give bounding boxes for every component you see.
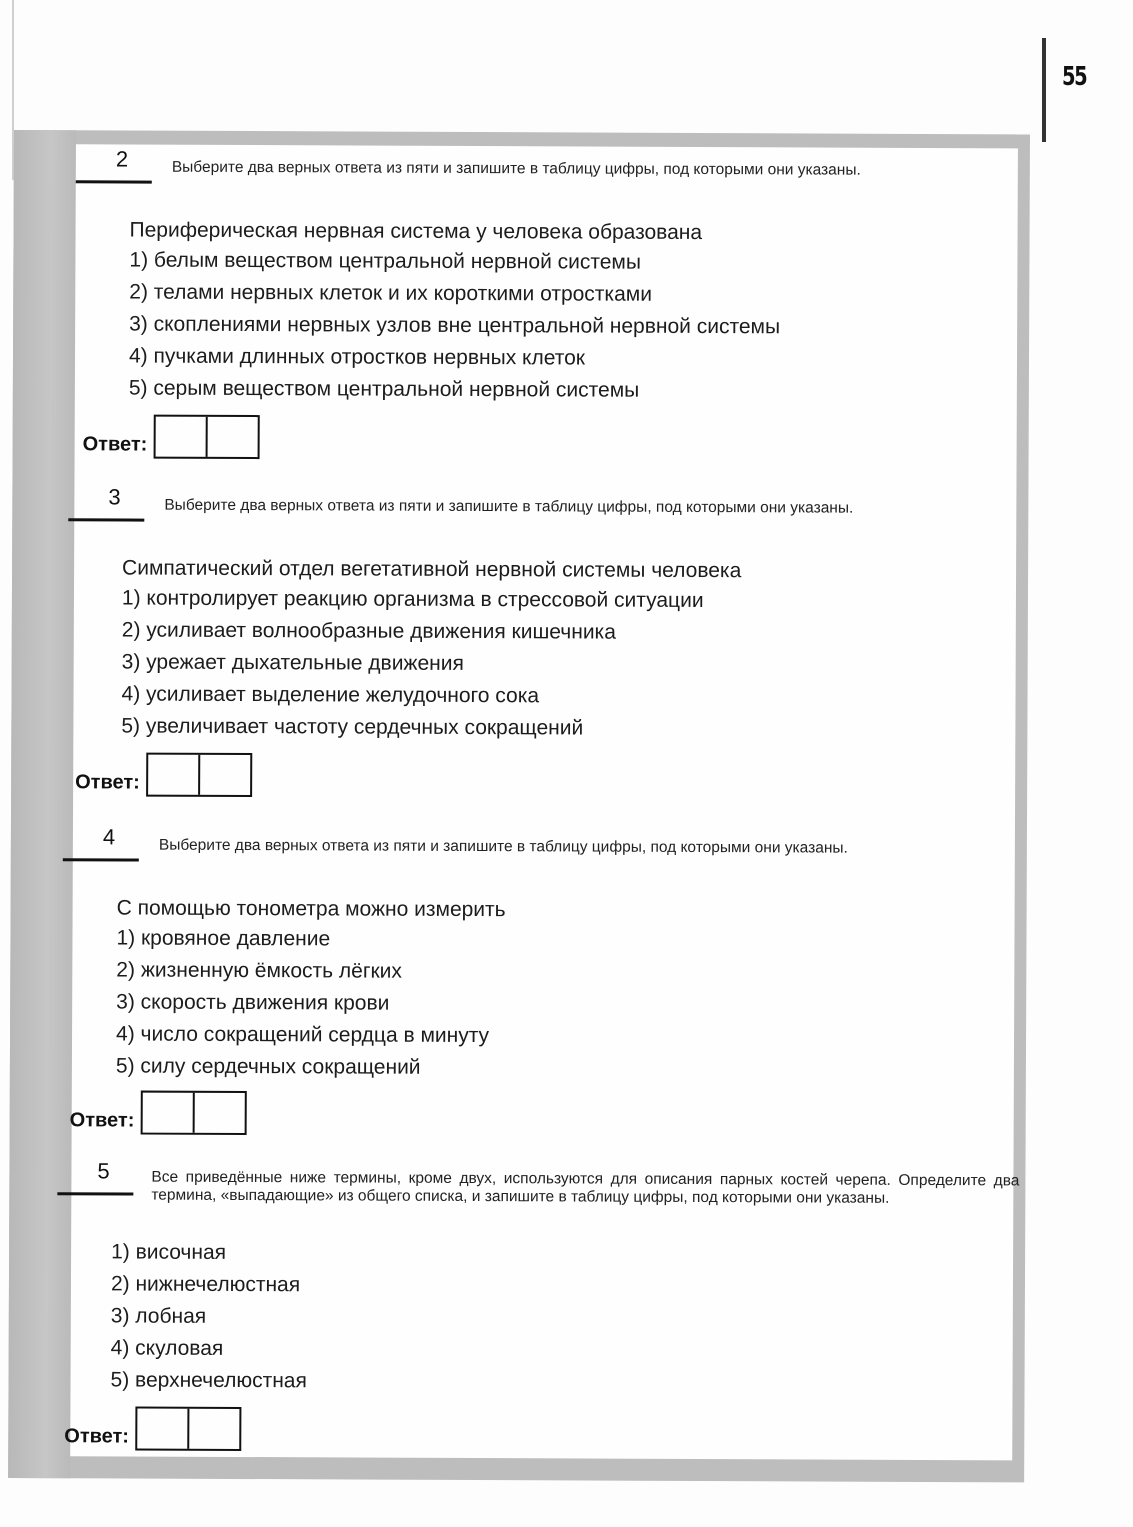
task-4: 4 Выберите два верных ответа из пяти и з… (73, 822, 1015, 826)
answer-table (140, 1091, 246, 1135)
answer-cell-1[interactable] (148, 755, 198, 795)
answer-row: Ответ: (70, 1090, 247, 1135)
answer-cell-1[interactable] (137, 1409, 187, 1449)
task-instruction: Выберите два верных ответа из пяти и зап… (172, 159, 1038, 181)
option-3: 3) урежает дыхательные движения (122, 646, 704, 681)
answer-table (135, 1407, 241, 1451)
task-number-rule (76, 180, 152, 183)
task-5: 5 Все приведённые ниже термины, кроме дв… (72, 1156, 1014, 1160)
task-instruction: Выберите два верных ответа из пяти и зап… (164, 497, 1032, 519)
option-2: 2) жизненную ёмкость лёгких (116, 954, 489, 988)
task-number-rule (57, 1192, 133, 1195)
answer-label: Ответ: (83, 433, 148, 456)
task-3: 3 Выберите два верных ответа из пяти и з… (74, 482, 1016, 486)
option-1: 1) височная (111, 1236, 307, 1269)
option-5: 5) верхнечелюстная (110, 1364, 306, 1397)
answer-cell-1[interactable] (155, 417, 205, 457)
tasks-frame: 2 Выберите два верных ответа из пяти и з… (8, 130, 1030, 1482)
task-instruction: Выберите два верных ответа из пяти и зап… (159, 837, 1027, 859)
frame-left-bar (8, 130, 76, 1478)
task-options: 1) контролирует реакцию организма в стре… (121, 582, 703, 745)
answer-cell-2[interactable] (205, 417, 257, 457)
task-options: 1) белым веществом центральной нервной с… (129, 245, 781, 408)
task-stem: С помощью тонометра можно измерить (117, 896, 506, 922)
option-3: 3) лобная (111, 1300, 307, 1333)
answer-label: Ответ: (64, 1425, 129, 1448)
answer-cell-2[interactable] (192, 1093, 244, 1133)
task-stem: Симпатический отдел вегетативной нервной… (122, 556, 741, 583)
option-2: 2) усиливает волнообразные движения кише… (122, 614, 704, 649)
option-5: 5) серым веществом центральной нервной с… (129, 373, 780, 408)
option-4: 4) усиливает выделение желудочного сока (121, 678, 703, 713)
answer-row: Ответ: (64, 1406, 241, 1451)
option-2: 2) нижнечелюстная (111, 1268, 307, 1301)
page-number-rule (1042, 38, 1046, 142)
task-number: 5 (97, 1158, 109, 1184)
option-4: 4) скуловая (111, 1332, 307, 1365)
task-options: 1) кровяное давление 2) жизненную ёмкост… (116, 922, 490, 1084)
task-number: 4 (103, 824, 115, 850)
option-1: 1) контролирует реакцию организма в стре… (122, 582, 704, 617)
task-instruction: Все приведённые ниже термины, кроме двух… (151, 1169, 1019, 1209)
answer-label: Ответ: (75, 771, 140, 794)
answer-cell-2[interactable] (187, 1409, 239, 1449)
task-number: 3 (108, 484, 120, 510)
option-5: 5) увеличивает частоту сердечных сокраще… (121, 710, 703, 745)
task-stem: Периферическая нервная система у человек… (130, 219, 703, 245)
option-5: 5) силу сердечных сокращений (116, 1050, 489, 1084)
option-3: 3) скоплениями нервных узлов вне централ… (129, 309, 780, 344)
tasks-panel: 2 Выберите два верных ответа из пяти и з… (70, 144, 1018, 1460)
task-number-rule (68, 518, 144, 521)
task-number: 2 (116, 146, 128, 172)
option-1: 1) кровяное давление (116, 922, 489, 956)
answer-table (146, 753, 252, 797)
answer-cell-1[interactable] (142, 1093, 192, 1133)
option-2: 2) телами нервных клеток и их короткими … (129, 277, 780, 312)
option-4: 4) пучками длинных отростков нервных кле… (129, 341, 780, 376)
task-options: 1) височная 2) нижнечелюстная 3) лобная … (110, 1236, 307, 1397)
option-3: 3) скорость движения крови (116, 986, 489, 1020)
option-1: 1) белым веществом центральной нервной с… (129, 245, 780, 280)
answer-row: Ответ: (75, 752, 252, 797)
answer-table (153, 415, 259, 459)
option-4: 4) число сокращений сердца в минуту (116, 1018, 489, 1052)
task-number-rule (63, 858, 139, 861)
task-2: 2 Выберите два верных ответа из пяти и з… (76, 144, 1018, 148)
answer-label: Ответ: (70, 1109, 135, 1132)
answer-cell-2[interactable] (198, 755, 250, 795)
page-number: 55 (1062, 62, 1086, 92)
answer-row: Ответ: (83, 414, 260, 459)
